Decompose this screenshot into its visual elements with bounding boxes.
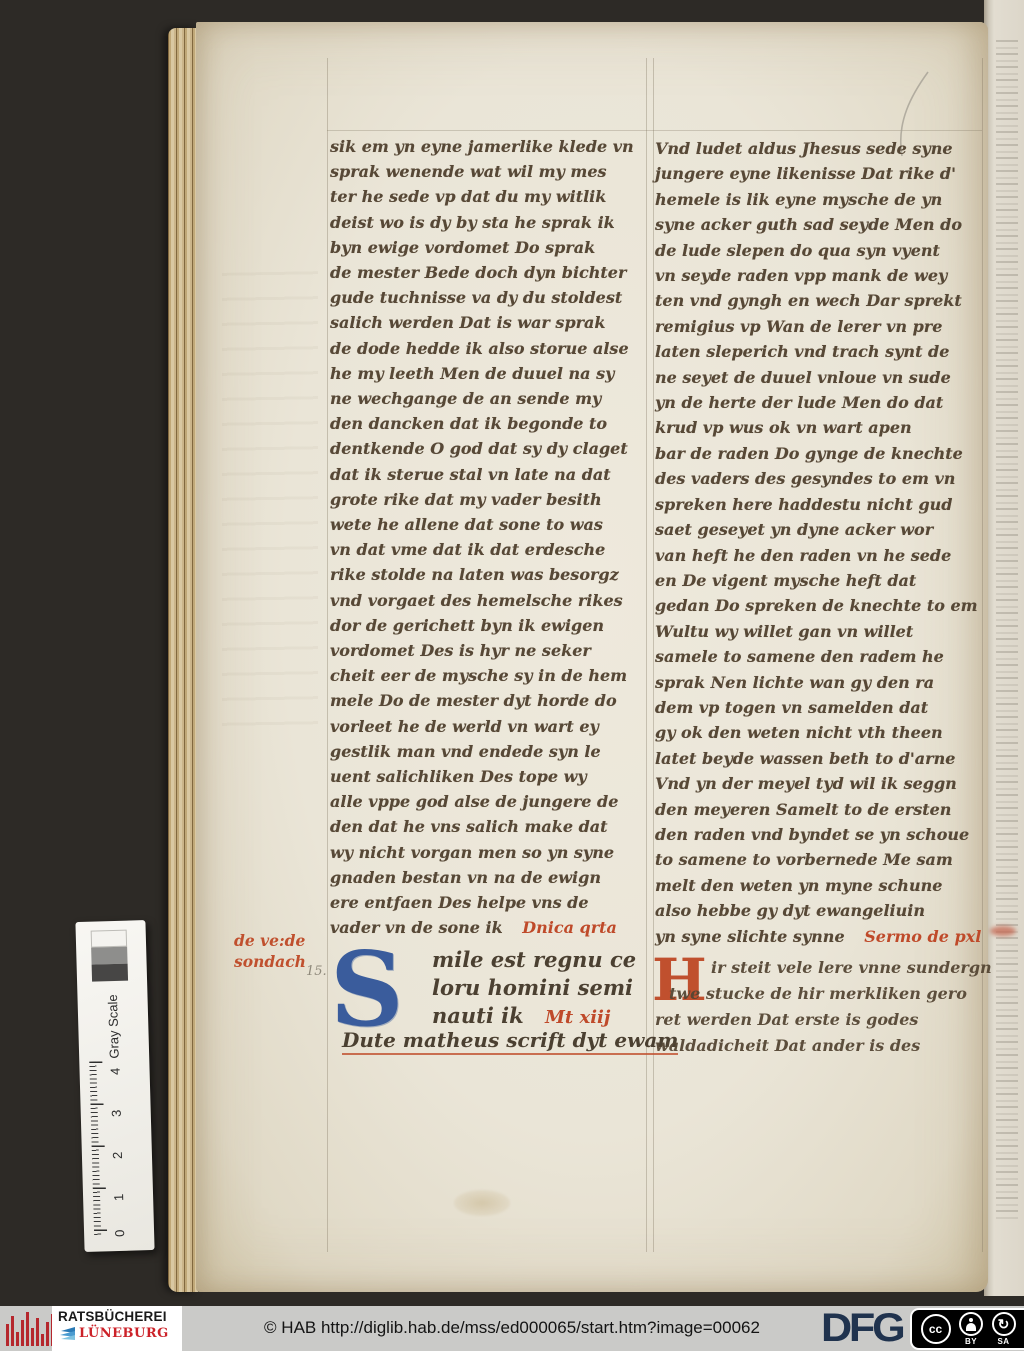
rubric-margin-note: de ve:desondach	[234, 930, 306, 972]
gray-patch-dark	[92, 964, 128, 982]
manuscript-text-line: de ve:de	[234, 930, 306, 951]
library-city: LÜNEBURG	[79, 1326, 169, 1341]
latin-incipit: mile est regnu ce loru homini semi nauti…	[432, 946, 636, 1032]
manuscript-text-line: ere entfaen Des helpe vns de	[330, 890, 650, 915]
manuscript-text-line: ne seyet de duuel vnloue vn sude	[655, 365, 981, 390]
facing-page-edge	[984, 0, 1024, 1296]
manuscript-text-line: bar de raden Do gynge de knechte	[655, 441, 981, 466]
right-text-column: Vnd ludet aldus Jhesus sede synejungere …	[655, 136, 981, 949]
manuscript-text-line: den meyeren Samelt to de ersten	[655, 797, 981, 822]
manuscript-text-line: he my leeth Men de duuel na sy	[330, 361, 650, 386]
manuscript-text-line: ten vnd gyngh en wech Dar sprekt	[655, 288, 981, 313]
manuscript-text-line: gy ok den weten nicht vth theen	[655, 720, 981, 745]
manuscript-text-line: cheit eer de mysche sy in de hem	[330, 663, 650, 688]
manuscript-text-line: de lude slepen do qua syn vyent	[655, 238, 981, 263]
manuscript-text-line: laten sleperich vnd trach synt de	[655, 339, 981, 364]
manuscript-text-line: 2	[110, 1145, 124, 1159]
line-text: nauti ik	[432, 1003, 524, 1028]
manuscript-text-line: den dancken dat ik begonde to	[330, 411, 650, 436]
manuscript-text-line: byn ewige vordomet Do sprak	[330, 235, 650, 260]
incipit-line: loru homini semi	[432, 974, 636, 1002]
manuscript-text-line: gude tuchnisse va dy du stoldest	[330, 285, 650, 310]
manuscript-text-line: 4	[107, 1061, 121, 1075]
copyright-url: © HAB http://diglib.hab.de/mss/ed000065/…	[264, 1318, 760, 1338]
manuscript-text-line: grote rike dat my vader besith	[330, 487, 650, 512]
manuscript-text-line: to samene to vorbernede Me sam	[655, 847, 981, 872]
reverse-side-bleed-through	[222, 271, 318, 733]
cc-sa-label: SA	[997, 1337, 1009, 1346]
ruler-major-ticks	[89, 1061, 107, 1236]
manuscript-text-line: vorleet he de werld vn wart ey	[330, 714, 650, 739]
ratsbuecherei-logo: RATSBÜCHEREI LÜNEBURG	[52, 1306, 182, 1351]
sa-arrow-icon: ↻	[992, 1312, 1016, 1336]
rubric-sermo-heading: Sermo de pxl	[864, 927, 981, 946]
rubric-dominica-quarta: Dnica qrta	[522, 918, 617, 937]
manuscript-text-line: melt den weten yn myne schune	[655, 873, 981, 898]
manuscript-text-line: also hebbe gy dyt ewangeliuin	[655, 898, 981, 923]
manuscript-text-line: wy nicht vorgan men so yn syne	[330, 840, 650, 865]
margin-note-lines: de ve:desondach	[234, 930, 306, 972]
manuscript-text-line: vordomet Des is hyr ne seker	[330, 638, 650, 663]
gospel-reference: Mt xiij	[545, 1007, 610, 1028]
right-column-lines: Vnd ludet aldus Jhesus sede synejungere …	[655, 136, 981, 924]
manuscript-text-line: de dode hedde ik also storue alse	[330, 336, 650, 361]
manuscript-text-line: 3	[108, 1103, 122, 1117]
dfg-logo: DFG	[821, 1306, 902, 1351]
manuscript-text-line: gedan Do spreken de knechte to em	[655, 593, 981, 618]
manuscript-text-line: Vnd yn der meyel tyd wil ik seggn	[655, 771, 981, 796]
facing-page-red-rubric-bleed	[990, 926, 1016, 936]
manuscript-text-line: ret werden Dat erste is godes	[655, 1007, 992, 1033]
library-name: RATSBÜCHEREI	[58, 1309, 178, 1324]
book-icon	[58, 1326, 76, 1341]
facing-page-ghost-text	[996, 40, 1018, 1220]
manuscript-text-line: gnaden bestan vn na de ewign	[330, 865, 650, 890]
manuscript-text-line: dor de gerichett byn ik ewigen	[330, 613, 650, 638]
manuscript-text-line: sik em yn eyne jamerlike klede vn	[330, 134, 650, 159]
sermon-lines: ir steit vele lere vnne sundergntwe stuc…	[655, 955, 992, 1059]
footer-bar: RATSBÜCHEREI LÜNEBURG © HAB http://digli…	[0, 1306, 1024, 1351]
manuscript-text-line: jungere eyne likenisse Dat rike d'	[655, 161, 981, 186]
ruling-line	[327, 58, 328, 1252]
manuscript-text-line: de mester Bede doch dyn bichter	[330, 260, 650, 285]
manuscript-text-line: dat ik sterue stal vn late na dat	[330, 462, 650, 487]
manuscript-text-line: dentkende O god dat sy dy claget	[330, 436, 650, 461]
manuscript-text-line: sprak Nen lichte wan gy den ra	[655, 670, 981, 695]
cc-icon: cc	[921, 1314, 951, 1344]
manuscript-text-line: mele Do de mester dyt horde do	[330, 688, 650, 713]
ruling-line	[653, 58, 654, 1252]
manuscript-text-line: uent salichliken Des tope wy	[330, 764, 650, 789]
manuscript-text-line: waldadicheit Dat ander is des	[655, 1033, 992, 1059]
manuscript-text-line: alle vppe god alse de jungere de	[330, 789, 650, 814]
cc-by-sa-badge: cc BY ↻ SA	[910, 1308, 1024, 1350]
manuscript-text-line: van heft he den raden vn he sede	[655, 543, 981, 568]
ruling-line	[982, 58, 983, 1252]
manuscript-text-line: wete he allene dat sone to was	[330, 512, 650, 537]
manuscript-text-line: vn seyde raden vpp mank de wey	[655, 263, 981, 288]
gray-patch-white	[91, 930, 127, 948]
incipit-line: mile est regnu ce	[432, 946, 636, 974]
manuscript-text-line: syne acker guth sad seyde Men do	[655, 212, 981, 237]
manuscript-text-line: des vaders des gesyndes to em vn	[655, 466, 981, 491]
manuscript-text-line: samele to samene den radem he	[655, 644, 981, 669]
manuscript-text-line: ne wechgange de an sende my	[330, 386, 650, 411]
manuscript-text-line: yn de herte der lude Men do dat	[655, 390, 981, 415]
line-text: yn syne slichte synne	[655, 927, 845, 946]
manuscript-text-line: Wultu wy willet gan vn willet	[655, 619, 981, 644]
manuscript-text-line: Vnd ludet aldus Jhesus sede syne	[655, 136, 981, 161]
manuscript-text-line: spreken here haddestu nicht gud	[655, 492, 981, 517]
barcode-icon	[6, 1312, 54, 1346]
by-person-icon	[959, 1312, 983, 1336]
lombard-initial-s: S	[330, 940, 404, 1040]
manuscript-text-line: twe stucke de hir merkliken gero	[655, 981, 992, 1007]
cc-by-label: BY	[965, 1337, 977, 1346]
manuscript-text-line: vnd vorgaet des hemelsche rikes	[330, 588, 650, 613]
left-column-lines: sik em yn eyne jamerlike klede vnsprak w…	[330, 134, 650, 915]
book-page-stack-edge	[168, 28, 198, 1292]
manuscript-text-line: rike stolde na laten was besorgz	[330, 562, 650, 587]
manuscript-text-line: ir steit vele lere vnne sundergn	[655, 955, 992, 981]
manuscript-text-line: 0	[112, 1223, 126, 1237]
grayscale-card: Gray Scale 43210	[75, 920, 154, 1252]
manuscript-text-line: saet geseyet yn dyne acker wor	[655, 517, 981, 542]
gray-patch-mid	[91, 947, 127, 965]
manuscript-text-line: den raden vnd byndet se yn schoue	[655, 822, 981, 847]
manuscript-text-line: dem vp togen vn samelden dat	[655, 695, 981, 720]
parchment-page: sik em yn eyne jamerlike klede vnsprak w…	[196, 22, 988, 1292]
gray-patches	[91, 930, 128, 982]
incipit-closing-line: Dute matheus scrift dyt ewam	[342, 1028, 678, 1055]
grayscale-label: Gray Scale	[105, 987, 122, 1065]
manuscript-text-line: vn dat vme dat ik dat erdesche	[330, 537, 650, 562]
manuscript-text-line: remigius vp Wan de lerer vn pre	[655, 314, 981, 339]
manuscript-text-line: hemele is lik eyne mysche de yn	[655, 187, 981, 212]
parchment-stain	[454, 1190, 510, 1216]
manuscript-text-line: deist wo is dy by sta he sprak ik	[330, 210, 650, 235]
pencil-foliation-number: 15.	[306, 964, 327, 979]
manuscript-text-line: den dat he vns salich make dat	[330, 814, 650, 839]
manuscript-text-line: latet beyde wassen beth to d'arne	[655, 746, 981, 771]
manuscript-text-line: sondach	[234, 951, 306, 972]
manuscript-text-line: salich werden Dat is war sprak	[330, 310, 650, 335]
left-text-column: sik em yn eyne jamerlike klede vnsprak w…	[330, 134, 650, 941]
manuscript-text-line: krud vp wus ok vn wart apen	[655, 415, 981, 440]
manuscript-photo: sik em yn eyne jamerlike klede vnsprak w…	[0, 0, 1024, 1351]
manuscript-text-line: 1	[111, 1187, 125, 1201]
manuscript-text-line: ter he sede vp dat du my witlik	[330, 184, 650, 209]
manuscript-text-line: en De vigent mysche heft dat	[655, 568, 981, 593]
sermon-opening-lines: ir steit vele lere vnne sundergntwe stuc…	[655, 955, 992, 1059]
manuscript-text-line: gestlik man vnd endede syn le	[330, 739, 650, 764]
manuscript-text-line: sprak wenende wat wil my mes	[330, 159, 650, 184]
